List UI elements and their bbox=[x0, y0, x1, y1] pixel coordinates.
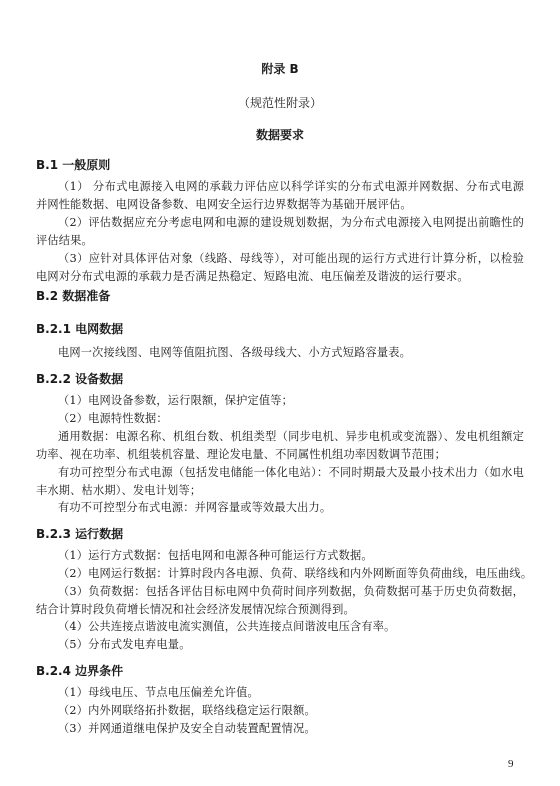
paragraph: （3）应针对具体评估对象（线路、母线等），对可能出现的运行方式进行计算分析，以检… bbox=[36, 250, 524, 285]
paragraph: （3）并网通道继电保护及安全自动装置配置情况。 bbox=[36, 720, 524, 738]
paragraph: （2）电源特性数据： bbox=[36, 410, 524, 428]
paragraph: （4）公共连接点谐波电流实测值，公共连接点间谐波电压含有率。 bbox=[36, 618, 524, 636]
paragraph: （2）电网运行数据：计算时段内各电源、负荷、联络线和内外网断面等负荷曲线，电压曲… bbox=[36, 565, 524, 583]
paragraph: （2）内外网联络拓扑数据，联络线稳定运行限额。 bbox=[36, 702, 524, 720]
section-heading-b22: B.2.2 设备数据 bbox=[36, 370, 123, 387]
document-page: 附录 B （规范性附录） 数据要求 B.1 一般原则 （1） 分布式电源接入电网… bbox=[0, 0, 560, 786]
paragraph: （3）负荷数据：包括各评估目标电网中负荷时间序列数据，负荷数据可基于历史负荷数据… bbox=[36, 583, 524, 618]
section-heading-b1: B.1 一般原则 bbox=[36, 156, 110, 173]
paragraph: （1）运行方式数据：包括电网和电源各种可能运行方式数据。 bbox=[36, 547, 524, 565]
page-number: 9 bbox=[508, 758, 514, 770]
paragraph: （5）分布式发电弃电量。 bbox=[36, 636, 524, 654]
section-heading-b24: B.2.4 边界条件 bbox=[36, 662, 123, 679]
paragraph: 电网一次接线图、电网等值阻抗图、各级母线大、小方式短路容量表。 bbox=[36, 344, 524, 362]
paragraph: 有功不可控型分布式电源：并网容量或等效最大出力。 bbox=[36, 499, 524, 517]
doc-heading: 数据要求 bbox=[0, 126, 560, 143]
paragraph: （1）母线电压、节点电压偏差允许值。 bbox=[36, 684, 524, 702]
appendix-subtitle: （规范性附录） bbox=[0, 94, 560, 111]
paragraph: （1）电网设备参数，运行限额，保护定值等； bbox=[36, 392, 524, 410]
paragraph: （2）评估数据应充分考虑电网和电源的建设规划数据，为分布式电源接入电网提出前瞻性… bbox=[36, 214, 524, 249]
section-heading-b23: B.2.3 运行数据 bbox=[36, 525, 123, 542]
paragraph: （1） 分布式电源接入电网的承载力评估应以科学详实的分布式电源并网数据、分布式电… bbox=[36, 178, 524, 213]
paragraph: 通用数据：电源名称、机组台数、机组类型（同步电机、异步电机或变流器）、发电机组额… bbox=[36, 428, 524, 463]
section-heading-b21: B.2.1 电网数据 bbox=[36, 320, 123, 337]
paragraph: 有功可控型分布式电源（包括发电储能一体化电站）：不同时期最大及最小技术出力（如水… bbox=[36, 464, 524, 499]
appendix-title: 附录 B bbox=[0, 60, 560, 77]
section-heading-b2: B.2 数据准备 bbox=[36, 287, 110, 304]
